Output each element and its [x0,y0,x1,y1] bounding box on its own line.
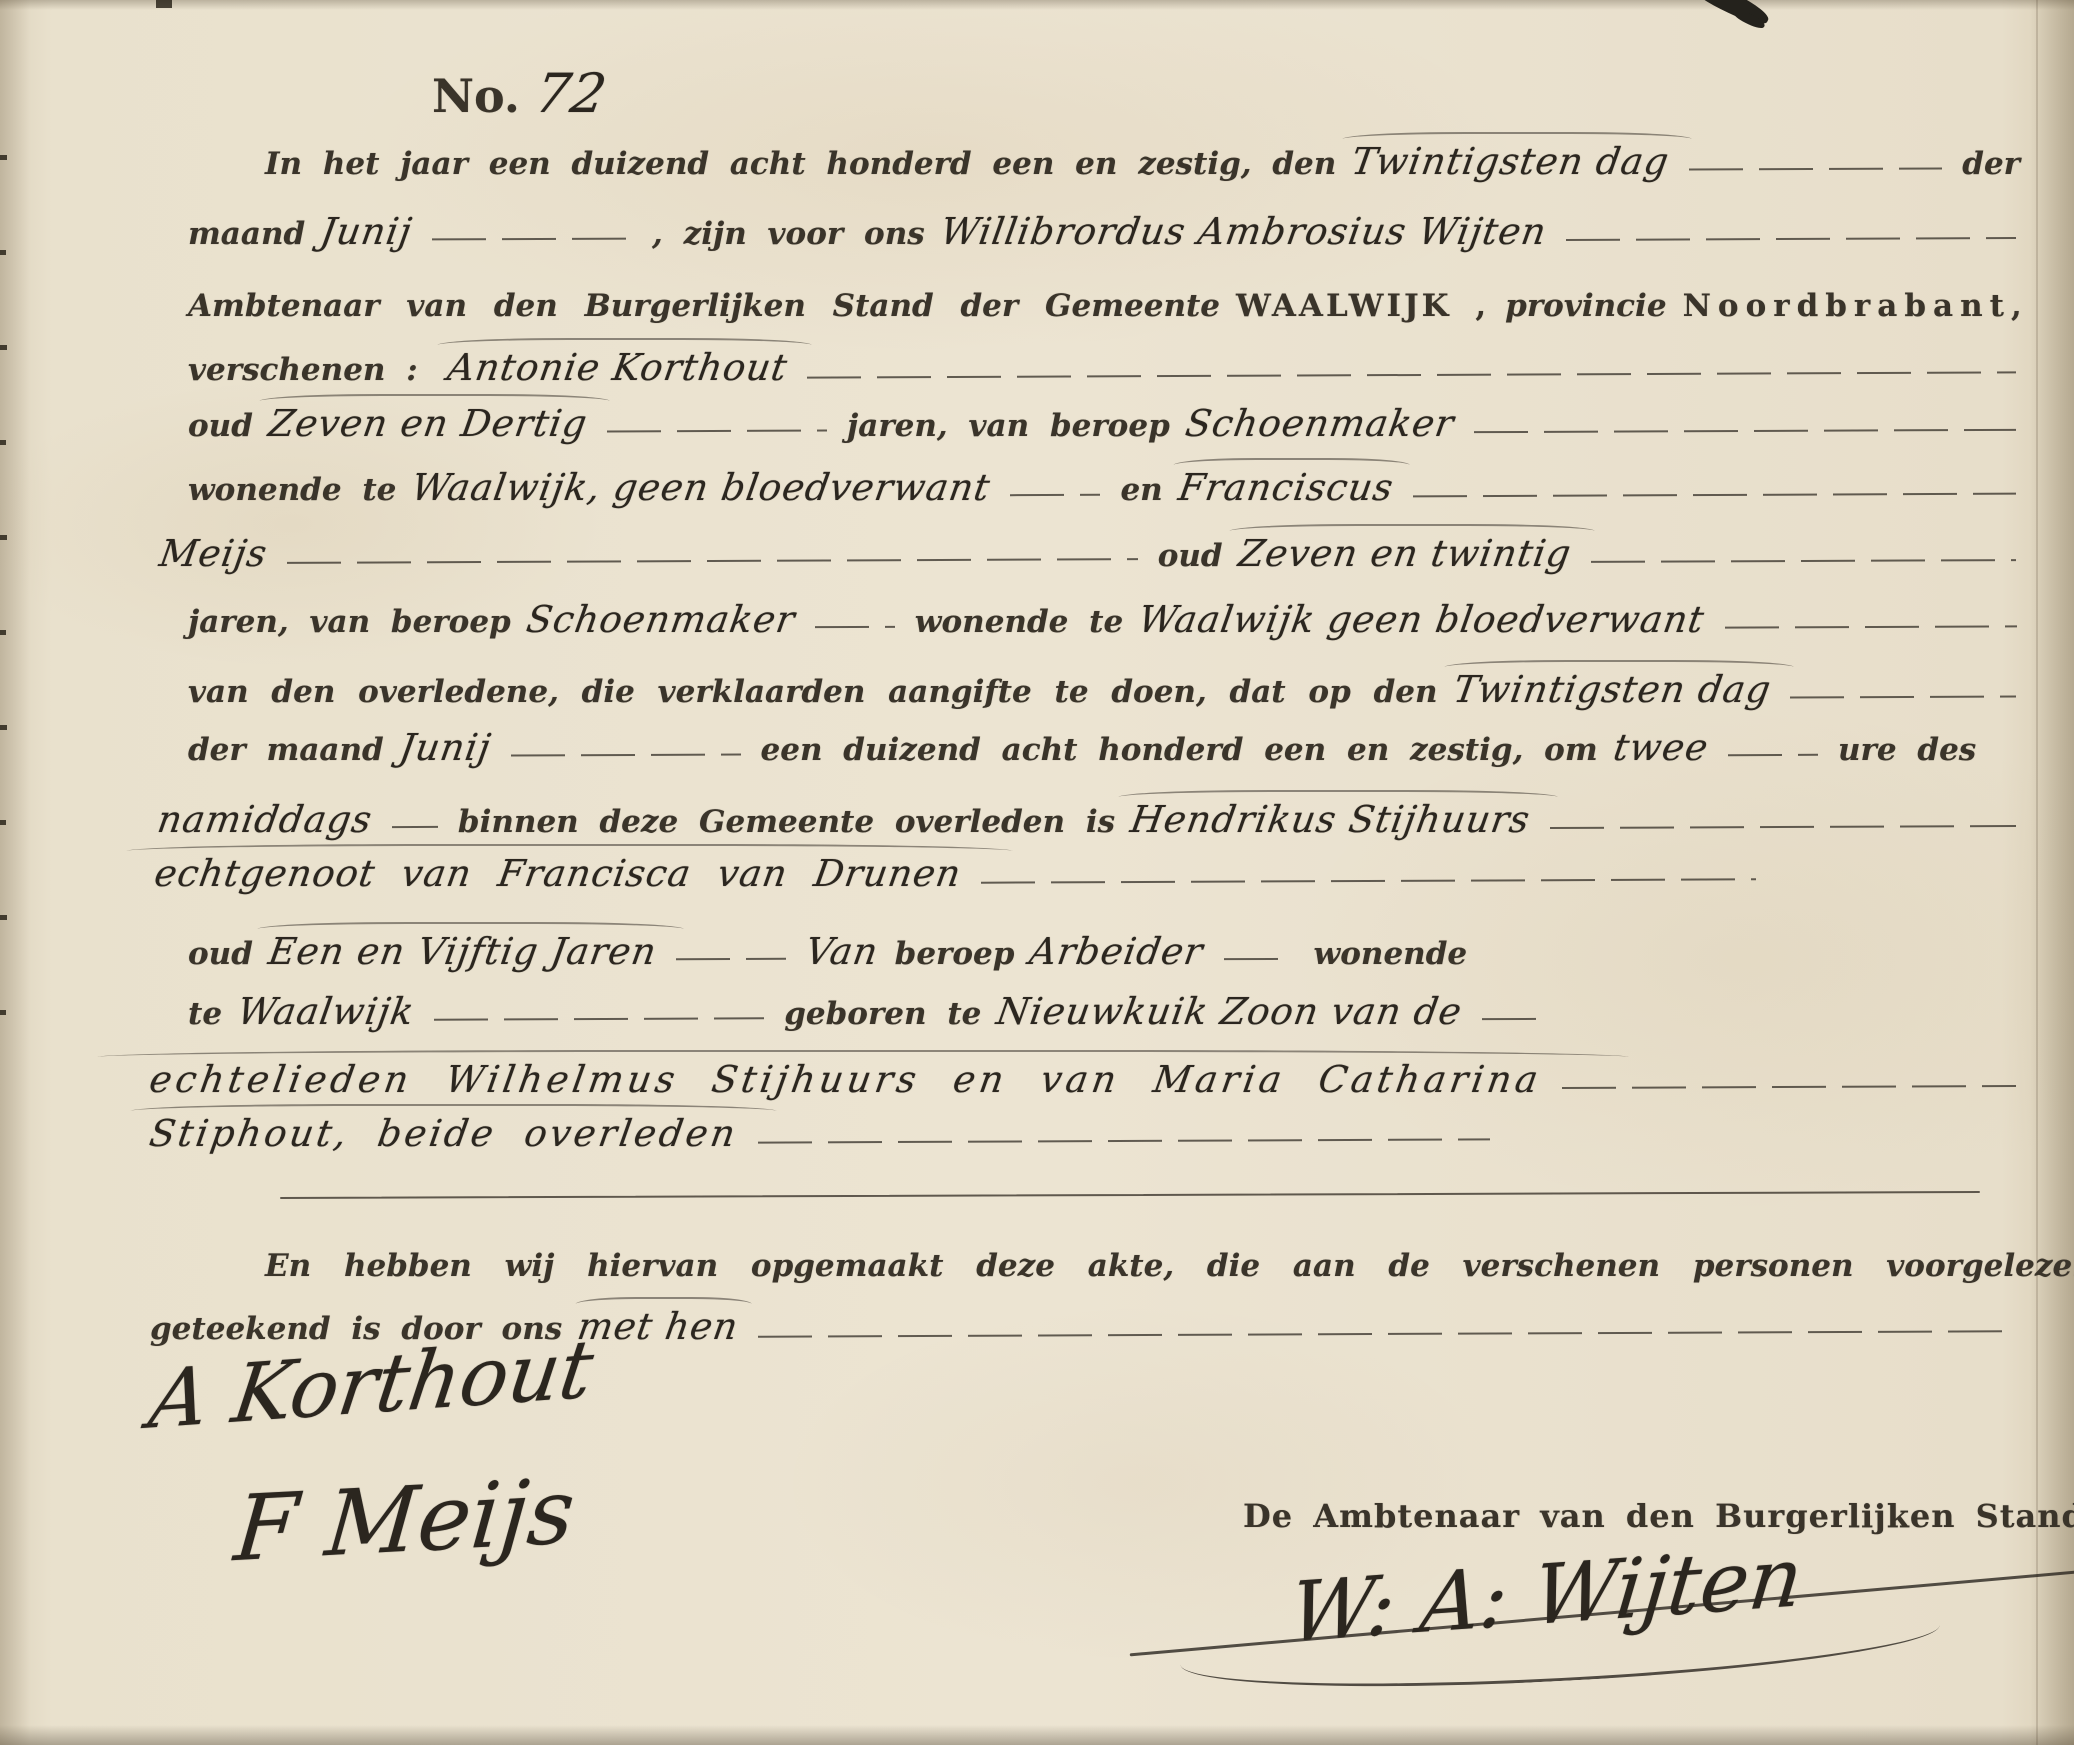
ink-dash-stroke [815,626,895,628]
handwritten-deceased-spouse: echtgenoot van Francisca van Drunen [152,852,965,895]
signature-declarant2: F Meijs [231,1459,579,1582]
page-edge-mark [0,535,7,540]
printed-form-text: der maand [188,732,384,768]
handwritten-declarant1-name: Antonie Korthout [444,346,790,389]
handwritten-deceased-parents: echtelieden Wilhelmus Stijhuurs en van M… [147,1058,1545,1101]
form-line-deceased-spouse: echtgenoot van Francisca van Drunen [155,852,1760,895]
printed-form-text: der [1962,146,2020,182]
printed-form-text: van den overledene, die verklaarden aang… [188,674,1438,710]
form-line-declarant1-residence: wonende te Waalwijk, geen bloedverwant e… [188,466,2020,509]
ink-dash-stroke [981,878,1756,883]
handwritten-time-of-day: namiddags [155,798,376,841]
handwritten-declarant2-occupation: Schoenmaker [523,598,798,641]
printed-form-text: een duizend acht honderd een en zestig, … [761,732,1598,768]
ink-dash-stroke [807,371,2016,378]
handwritten-deceased-occupation: Arbeider [1027,930,1207,973]
printed-form-text: en [1120,472,1162,508]
form-line-declarant1-name: verschenen : Antonie Korthout [188,346,2020,389]
printed-form-text: te [188,996,222,1032]
printed-form-text: binnen deze Gemeente overleden is [458,804,1115,840]
page-edge-mark [0,155,7,160]
page-edge-mark [0,915,7,920]
ink-dash-stroke [1474,429,2016,433]
scan-edge-shadow-top [0,0,2074,10]
handwritten-declarant1-occupation: Schoenmaker [1182,402,1457,445]
printed-form-text: maand [188,216,305,252]
ink-dash-stroke [1728,754,1818,756]
ink-dash-stroke [287,558,1138,564]
ink-dash-stroke [1591,559,2016,563]
act-number-value: 72 [531,62,612,125]
paper-crease [2036,0,2038,1745]
ink-dash-stroke [1689,167,1942,170]
printed-form-text: jaren, van beroep [847,408,1170,444]
ink-dash-stroke [758,1330,2006,1337]
ink-dash-stroke [607,430,827,433]
printed-form-text: wonende te [188,472,396,508]
ink-dash-stroke [432,238,632,241]
form-line-deceased-age: oud Een en Vijftig Jaren Van beroep Arbe… [188,930,2020,973]
form-line-declaration: van den overledene, die verklaarden aang… [188,668,2020,711]
page-edge-mark [0,345,7,350]
printed-form-text: wonende te [915,604,1123,640]
ink-dash-stroke [1413,493,2016,498]
handwritten-death-hour: twee [1610,726,1711,769]
handwritten-declarant1-age: Zeven en Dertig [266,402,591,445]
ink-dash-stroke [676,958,786,960]
handwritten-declarant2-surname: Meijs [157,532,271,575]
handwritten-deceased-name: Hendrikus Stijhuurs [1128,798,1534,841]
handwritten-death-report-day: Twintigsten dag [1349,140,1673,183]
printed-form-text: oud [188,936,253,972]
ink-dash-stroke [434,1017,764,1020]
form-line-death-date: der maand Junij een duizend acht honderd… [188,726,2020,769]
page-edge-mark [0,630,6,635]
ink-dash-stroke [1790,696,2016,699]
printed-form-text: , zijn voor ons [652,216,925,252]
official-title-row: De Ambtenaar van den Burgerlijken Stand, [1243,1497,2074,1535]
form-line-closing1: En hebben wij hiervan opgemaakt deze akt… [265,1248,2020,1284]
ink-dash-stroke [1224,958,1294,960]
printed-form-text: geboren te [784,996,981,1032]
handwritten-death-month: Junij [396,726,494,769]
form-line-year: In het jaar een duizend acht honderd een… [265,140,2020,183]
handwritten-declarant2-firstname: Franciscus [1175,466,1396,509]
municipality-name: WAALWIJK , [1236,288,1489,324]
form-line-declarant2-name: Meijs oud Zeven en twintig [160,532,2020,575]
form-line-deceased-birthplace: te Waalwijk geboren te Nieuwkuik Zoon va… [188,990,2020,1033]
handwritten-declarant2-residence: Waalwijk geen bloedverwant [1136,598,1708,641]
handwritten-deceased-birthplace: Nieuwkuik Zoon van de [994,990,1466,1033]
form-line-month: maand Junij , zijn voor ons Willibrordus… [188,210,2020,253]
handwritten-filler-word: Van [803,930,882,973]
ink-dash-stroke [1724,625,2016,628]
ink-dash-stroke [758,1138,1490,1143]
ink-dash-stroke [511,753,741,756]
page-edge-mark [0,440,6,445]
act-number-row: No. 72 [432,62,607,125]
handwritten-deceased-age: Een en Vijftig Jaren [266,930,660,973]
ink-dash-stroke [1566,237,2016,241]
scan-edge-shadow-left [0,0,30,1745]
printed-form-text: In het jaar een duizend acht honderd een… [265,146,1336,182]
ink-dash-stroke [392,826,438,828]
printed-form-text: beroep [895,936,1015,972]
page-edge-mark [156,0,172,8]
form-line-deceased-parents: echtelieden Wilhelmus Stijhuurs en van M… [150,1058,2020,1101]
handwritten-signing-note: met hen [575,1305,742,1348]
death-certificate-scan: No. 72 In het jaar een duizend acht hond… [0,0,2074,1745]
ink-dash-stroke [1562,1085,2016,1089]
page-edge-mark [0,250,6,255]
ink-dash-stroke [1550,825,2016,829]
handwritten-declarant1-residence: Waalwijk, geen bloedverwant [409,466,994,509]
printed-form-text: wonende [1314,936,1468,972]
handwritten-declarant2-age: Zeven en twintig [1235,532,1574,575]
form-line-deceased-mother: Stiphout, beide overleden [150,1112,1494,1155]
form-line-deceased-name: namiddags binnen deze Gemeente overleden… [158,798,2020,841]
province-name: Noordbrabant, [1683,288,2029,324]
ink-dash-stroke [1010,494,1100,496]
form-line-declarant2-occupation: jaren, van beroep Schoenmaker wonende te… [188,598,2020,641]
printed-form-text: En hebben wij hiervan opgemaakt deze akt… [265,1248,2074,1284]
printed-form-text: oud [188,408,253,444]
handwritten-death-day: Twintigsten dag [1450,668,1774,711]
form-line-declarant1-age: oud Zeven en Dertig jaren, van beroep Sc… [188,402,2020,445]
handwritten-registrar-name: Willibrordus Ambrosius Wijten [937,210,1549,253]
official-title: De Ambtenaar van den Burgerlijken Stand, [1243,1497,2074,1535]
handwritten-deceased-mother-surname: Stiphout, beide overleden [147,1112,742,1155]
page-edge-mark [0,1010,6,1015]
scan-edge-shadow-bottom [0,1725,2074,1745]
handwritten-month: Junij [318,210,416,253]
act-number-label: No. [432,69,520,123]
printed-form-text: Ambtenaar van den Burgerlijken Stand der… [188,288,1220,324]
handwritten-deceased-residence: Waalwijk [235,990,418,1033]
printed-form-text: oud [1158,538,1223,574]
printed-form-text: provincie [1505,288,1666,324]
printed-form-text: ure des [1838,732,1976,768]
printed-form-text: jaren, van beroep [188,604,511,640]
form-line-municipality: Ambtenaar van den Burgerlijken Stand der… [188,288,2020,324]
ink-dash-stroke [1482,1018,1542,1020]
printed-form-text: verschenen : [188,352,418,388]
closing-rule [280,1191,1980,1199]
page-edge-mark [0,725,7,730]
page-edge-mark [0,820,6,825]
